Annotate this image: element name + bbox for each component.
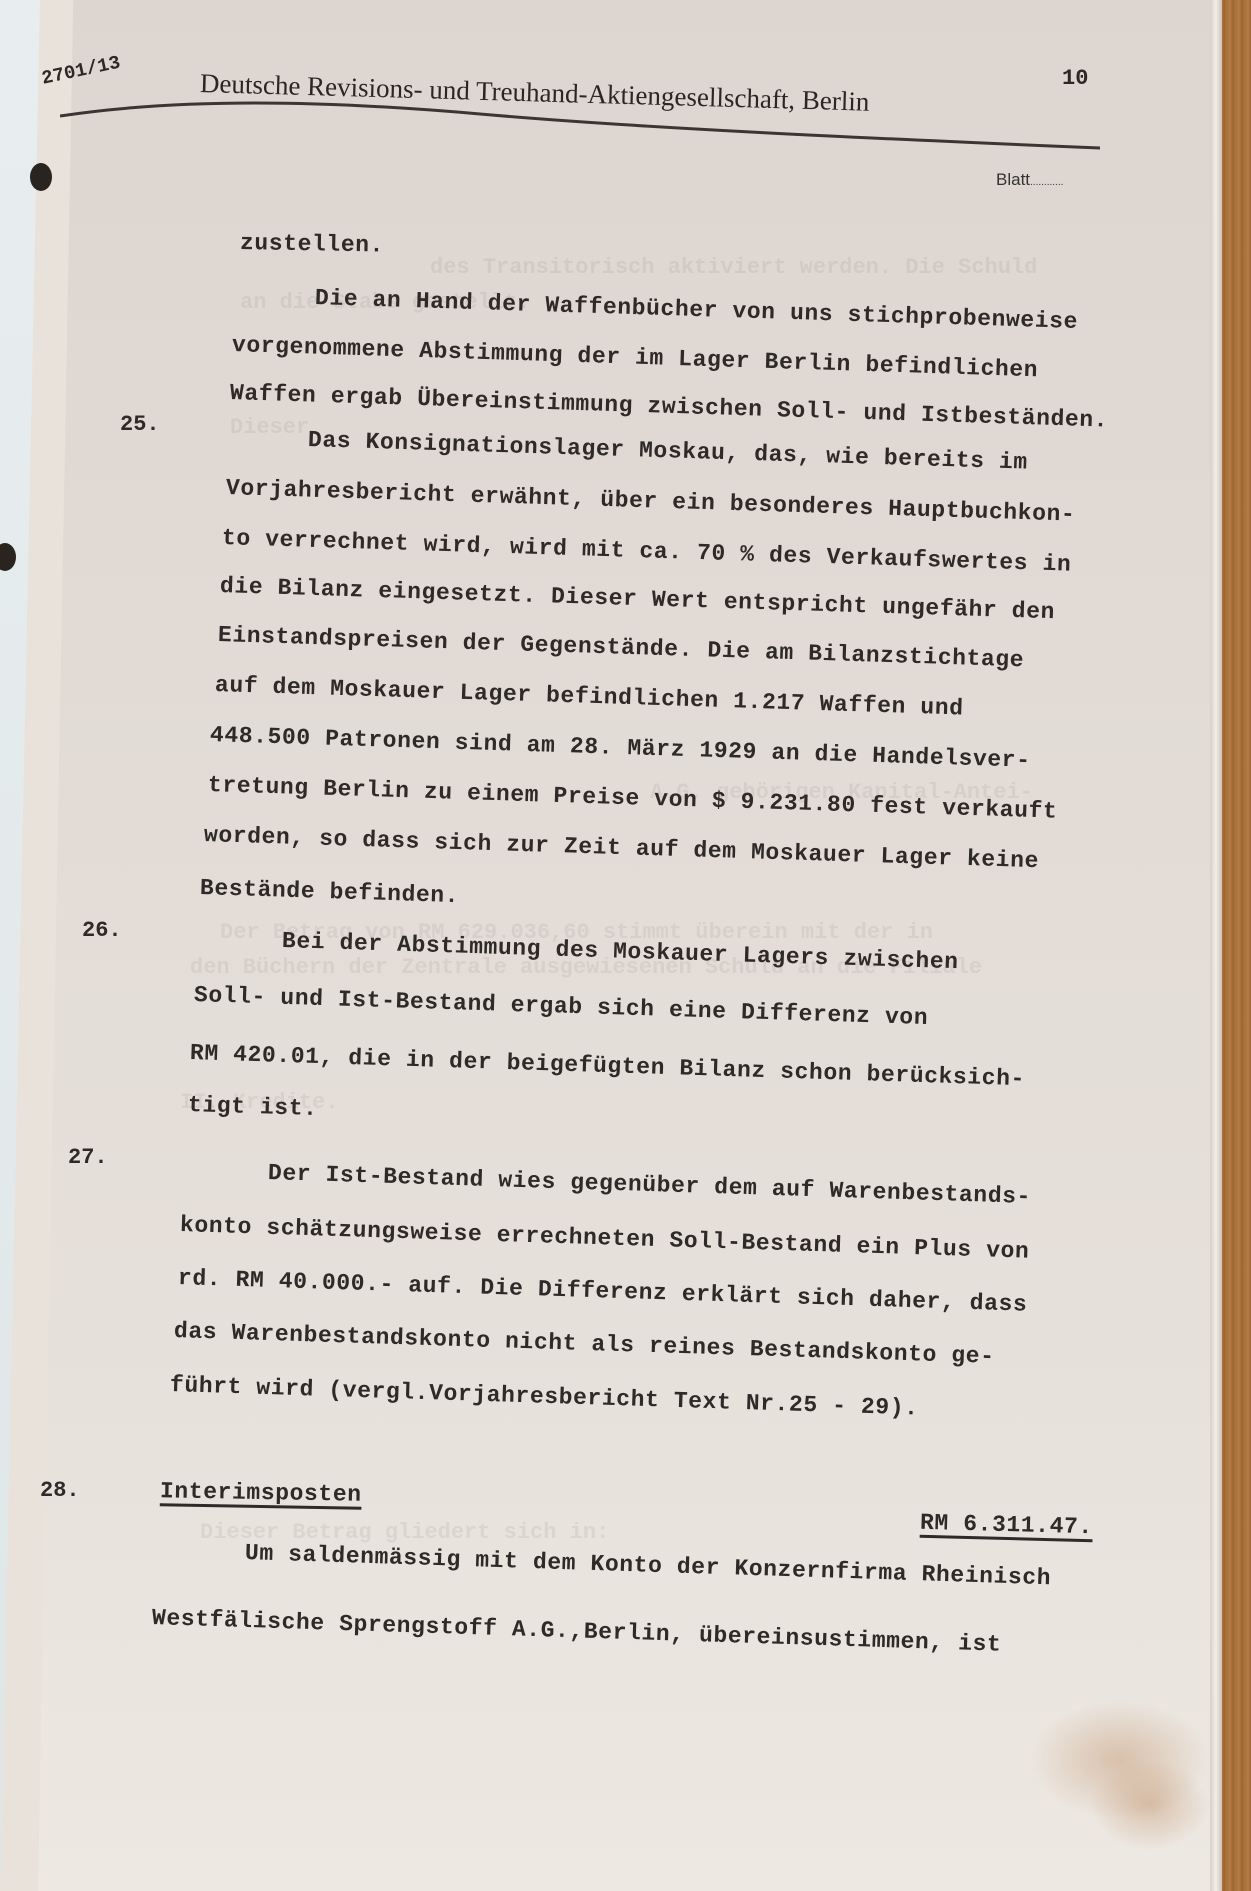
section-number: 26. <box>82 918 122 943</box>
section-number: 25. <box>120 412 160 437</box>
section-amount: RM 6.311.47. <box>920 1510 1093 1541</box>
letterhead-rule <box>60 100 1100 220</box>
body-line: zustellen. <box>240 230 384 259</box>
punch-hole <box>30 163 52 191</box>
blatt-label: Blatt............ <box>996 170 1063 190</box>
page-number: 10 <box>1062 66 1088 91</box>
blatt-dots: ............ <box>1030 177 1063 188</box>
section-number: 28. <box>40 1478 80 1503</box>
body-line: tigt ist. <box>188 1092 318 1122</box>
section-title: Interimsposten <box>160 1478 362 1508</box>
stain <box>1090 1760 1210 1850</box>
section-number: 27. <box>68 1145 108 1170</box>
blatt-text: Blatt <box>996 170 1030 189</box>
page-edge <box>1210 0 1222 1891</box>
